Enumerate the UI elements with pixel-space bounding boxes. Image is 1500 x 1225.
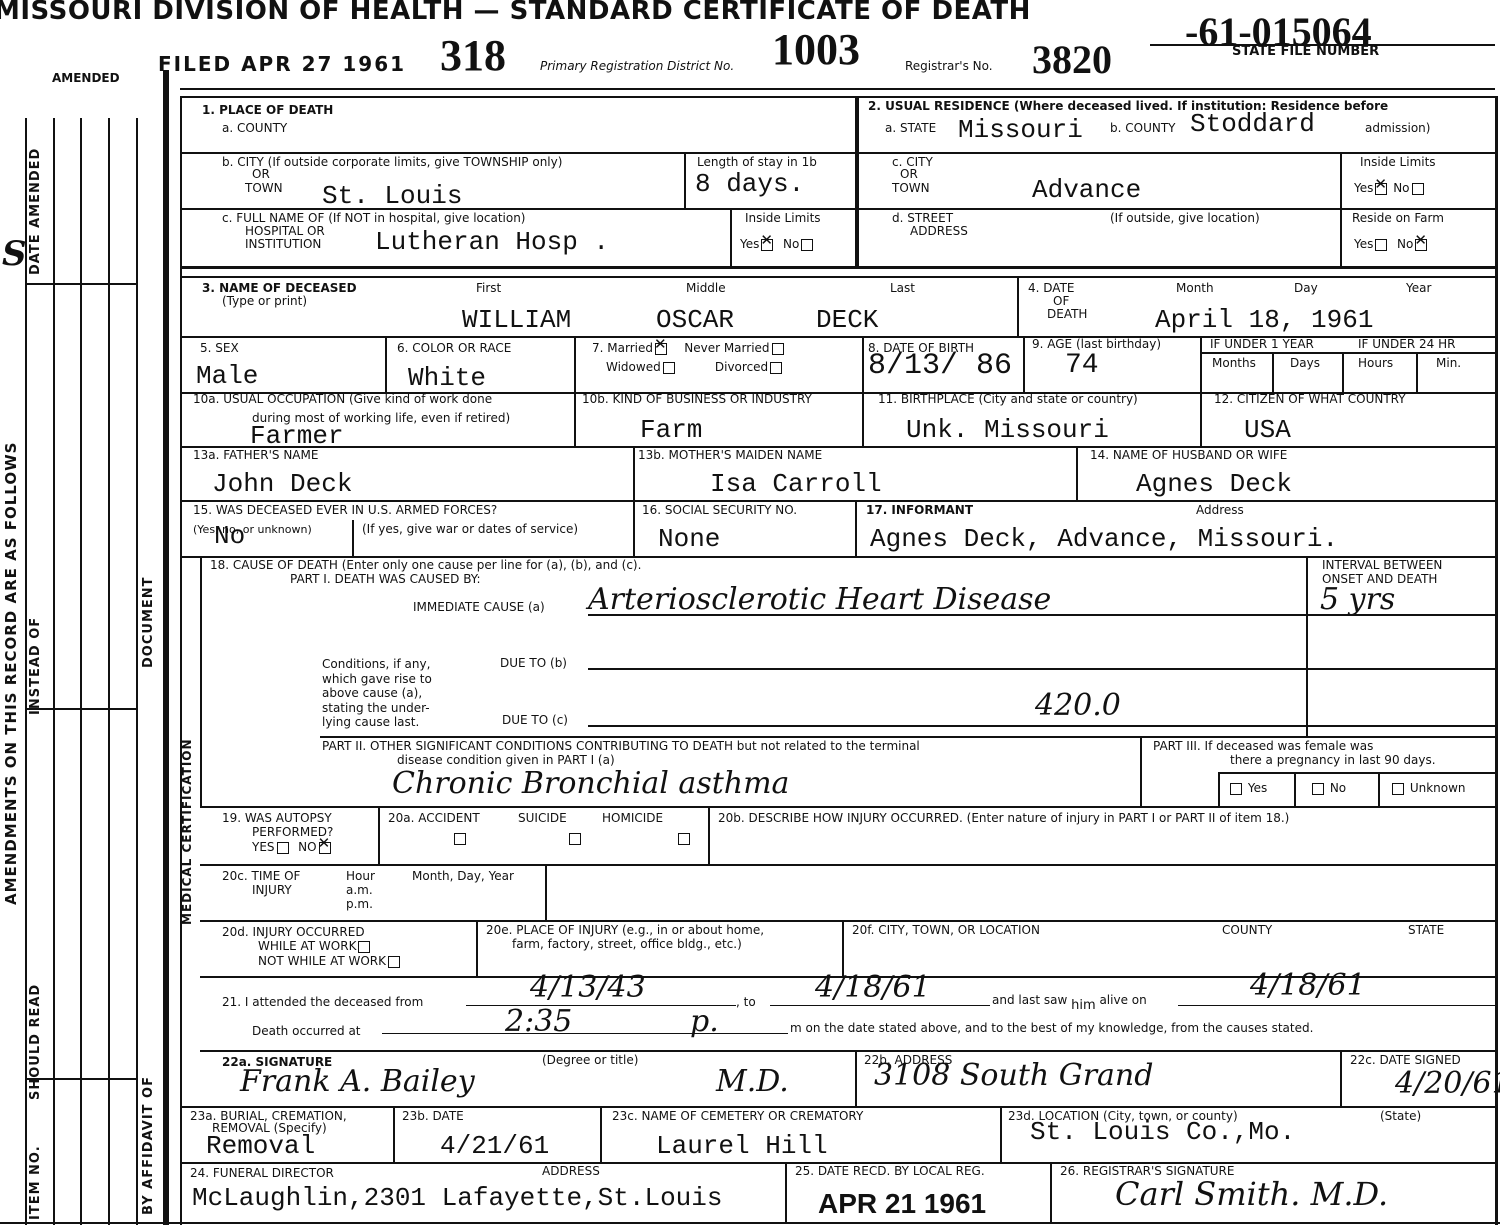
armed-sub2-label: (If yes, give war or dates of service) — [362, 523, 578, 536]
farm-no-checkbox[interactable] — [1415, 239, 1427, 251]
part1-label: PART I. DEATH WAS CAUSED BY: — [290, 573, 481, 586]
while-at-work-checkbox[interactable] — [358, 941, 370, 953]
due-to-b-label: DUE TO (b) — [500, 657, 567, 670]
date-amended-label: DATE AMENDED — [28, 148, 43, 275]
spouse-label: 14. NAME OF HUSBAND OR WIFE — [1090, 449, 1287, 462]
while-at-work: WHILE AT WORK — [258, 940, 372, 953]
pregnancy-unknown: Unknown — [1390, 782, 1466, 795]
res-state-value: Missouri — [958, 116, 1083, 144]
armed-forces-label: 15. WAS DECEASED EVER IN U.S. ARMED FORC… — [193, 504, 497, 517]
autopsy-yes-checkbox[interactable] — [277, 842, 289, 854]
inside-limits-yes-checkbox[interactable] — [761, 239, 773, 251]
place-of-injury-sub: farm, factory, street, office bldg., etc… — [512, 938, 742, 951]
medical-certification-label: MEDICAL CERTIFICATION — [180, 738, 194, 925]
res-inside-limits-label: Inside Limits — [1360, 156, 1436, 169]
farm-checkboxes: Yes No — [1354, 238, 1429, 251]
should-read-label: SHOULD READ — [28, 984, 43, 1100]
by-affidavit-label: BY AFFIDAVIT OF — [141, 1076, 156, 1215]
document-label: DOCUMENT — [141, 576, 156, 668]
attended-from-value: 4/13/43 — [530, 972, 646, 1004]
pm-label: p.m. — [346, 898, 373, 911]
pregnancy-yes-checkbox[interactable] — [1230, 783, 1242, 795]
registrars-no: 3820 — [1032, 36, 1112, 83]
under-24-hr-label: IF UNDER 24 HR — [1358, 338, 1455, 351]
ssn-label: 16. SOCIAL SECURITY NO. — [642, 504, 797, 517]
immediate-cause-label: IMMEDIATE CAUSE (a) — [413, 601, 545, 614]
cemetery-label: 23c. NAME OF CEMETERY OR CREMATORY — [612, 1110, 863, 1123]
race-label: 6. COLOR OR RACE — [397, 342, 511, 355]
place-of-death-label: 1. PLACE OF DEATH — [202, 103, 333, 117]
occupation-value: Farmer — [250, 422, 344, 450]
physician-address-value: 3108 South Grand — [874, 1060, 1153, 1092]
accident-checkbox[interactable] — [454, 833, 466, 845]
marital-status-row2: Widowed Divorced — [606, 361, 784, 374]
marital-status-row1: 7. Married Never Married — [592, 342, 786, 355]
physician-degree: M.D. — [716, 1066, 789, 1098]
homicide-checkbox[interactable] — [678, 833, 690, 845]
dod-death-label: DEATH — [1047, 308, 1087, 321]
res-inside-limits-yes-checkbox[interactable] — [1375, 183, 1387, 195]
am-label: a.m. — [346, 884, 373, 897]
certification-statement: m on the date stated above, and to the b… — [790, 1022, 1313, 1035]
age-value: 74 — [1065, 352, 1099, 380]
armed-forces-value: No — [214, 522, 245, 550]
time-of-injury-label: 20c. TIME OF — [222, 870, 300, 883]
res-state-label: a. STATE — [885, 122, 936, 135]
due-to-c-label: DUE TO (c) — [502, 714, 568, 727]
mother-label: 13b. MOTHER'S MAIDEN NAME — [638, 449, 822, 462]
county-label: a. COUNTY — [222, 122, 287, 135]
last-saw-label: and last saw him alive on — [992, 994, 1147, 1007]
pregnancy-unknown-checkbox[interactable] — [1392, 783, 1404, 795]
primary-district-label: Primary Registration District No. — [540, 60, 734, 73]
funeral-address-label: ADDRESS — [542, 1165, 600, 1178]
admission-label: admission) — [1365, 122, 1430, 135]
farm-label: Reside on Farm — [1352, 212, 1444, 225]
death-time-value: 2:35 — [505, 1006, 572, 1038]
industry-label: 10b. KIND OF BUSINESS OR INDUSTRY — [582, 393, 812, 406]
dod-year-label: Year — [1406, 282, 1431, 295]
accident-label: 20a. ACCIDENT — [388, 812, 480, 825]
filed-stamp: FILED APR 27 1961 — [158, 58, 406, 71]
city-or-label: OR — [252, 168, 270, 181]
middle-name-label: Middle — [686, 282, 726, 295]
attended-to-value: 4/18/61 — [815, 972, 931, 1004]
part3-label: PART III. If deceased was female was — [1153, 740, 1373, 753]
instead-of-label: INSTEAD OF — [28, 617, 43, 715]
hospital-value: Lutheran Hosp . — [375, 228, 609, 256]
last-saw-value: 4/18/61 — [1250, 970, 1366, 1002]
item-no-label: ITEM NO. — [28, 1145, 43, 1220]
funeral-director-value: McLaughlin,2301 Lafayette,St.Louis — [192, 1184, 723, 1212]
res-city-or: OR — [900, 168, 918, 181]
death-ampm-value: p. — [690, 1006, 719, 1038]
date-received-label: 25. DATE RECD. BY LOCAL REG. — [795, 1165, 985, 1178]
amended-label: AMENDED — [52, 72, 120, 85]
physician-signature: Frank A. Bailey — [240, 1066, 475, 1098]
informant-value: Agnes Deck, Advance, Missouri. — [870, 525, 1338, 553]
res-county-label: b. COUNTY — [1110, 122, 1176, 135]
injury-county-label: COUNTY — [1222, 924, 1272, 937]
burial-date-value: 4/21/61 — [440, 1132, 549, 1160]
never-married-checkbox[interactable] — [772, 343, 784, 355]
attended-from-label: 21. I attended the deceased from — [222, 996, 423, 1009]
father-value: John Deck — [212, 470, 352, 498]
conditions-note: Conditions, if any, which gave rise to a… — [322, 657, 432, 730]
inside-limits-checkboxes: Yes No — [740, 238, 815, 251]
industry-value: Farm — [640, 416, 702, 444]
state-file-number-label: STATE FILE NUMBER — [1232, 45, 1379, 58]
injury-state-label: STATE — [1408, 924, 1444, 937]
hour-label: Hour — [346, 870, 375, 883]
autopsy-label: 19. WAS AUTOPSY — [222, 812, 332, 825]
sex-value: Male — [196, 362, 258, 390]
part2-label: PART II. OTHER SIGNIFICANT CONDITIONS CO… — [322, 740, 920, 753]
last-name-value: DECK — [816, 306, 878, 334]
dod-day-label: Day — [1294, 282, 1318, 295]
informant-address-label: Address — [1196, 504, 1244, 517]
middle-name-value: OSCAR — [656, 306, 734, 334]
injury-city-label: 20f. CITY, TOWN, OR LOCATION — [852, 924, 1040, 937]
date-signed-value: 4/20/61 — [1395, 1068, 1500, 1100]
days-label: Days — [1290, 357, 1320, 370]
not-while-at-work: NOT WHILE AT WORK — [258, 955, 402, 968]
cause-of-death-label: 18. CAUSE OF DEATH (Enter only one cause… — [210, 559, 641, 572]
occupation-label: 10a. USUAL OCCUPATION (Give kind of work… — [193, 393, 492, 406]
sex-label: 5. SEX — [200, 342, 239, 355]
widowed-checkbox[interactable] — [663, 362, 675, 374]
citizen-value: USA — [1244, 416, 1291, 444]
birthplace-label: 11. BIRTHPLACE (City and state or countr… — [878, 393, 1138, 406]
date-of-death-value: April 18, 1961 — [1155, 306, 1373, 334]
farm-yes-checkbox[interactable] — [1375, 239, 1387, 251]
ssn-value: None — [658, 525, 720, 553]
primary-district-no: 1003 — [772, 24, 860, 75]
homicide-label: HOMICIDE — [602, 812, 663, 825]
part3-sub-label: there a pregnancy in last 90 days. — [1230, 754, 1436, 767]
to-label: , to — [736, 996, 756, 1009]
street-sub-label: ADDRESS — [910, 225, 968, 238]
res-inside-limits-no-checkbox[interactable] — [1412, 183, 1424, 195]
spouse-value: Agnes Deck — [1136, 470, 1292, 498]
under-1-year-label: IF UNDER 1 YEAR — [1210, 338, 1314, 351]
length-of-stay-value: 8 days. — [695, 170, 804, 198]
res-county-value: Stoddard — [1190, 110, 1315, 138]
registrar-signature: Carl Smith. M.D. — [1115, 1178, 1388, 1210]
pregnancy-no-checkbox[interactable] — [1312, 783, 1324, 795]
type-or-print-label: (Type or print) — [222, 295, 307, 308]
married-checkbox[interactable] — [655, 343, 667, 355]
suicide-label: SUICIDE — [518, 812, 567, 825]
length-of-stay-label: Length of stay in 1b — [697, 156, 817, 169]
min-label: Min. — [1436, 357, 1461, 370]
city-label: b. CITY (If outside corporate limits, gi… — [222, 156, 562, 169]
name-of-deceased-label: 3. NAME OF DECEASED — [202, 281, 357, 295]
injury-at-work-label: 20d. INJURY OCCURRED — [222, 926, 365, 939]
institution-sub-label: INSTITUTION — [245, 238, 321, 251]
date-received-stamp: APR 21 1961 — [818, 1188, 986, 1220]
hours-label: Hours — [1358, 357, 1393, 370]
describe-injury-label: 20b. DESCRIBE HOW INJURY OCCURRED. (Ente… — [718, 812, 1289, 825]
disposition-value: Removal — [206, 1132, 315, 1160]
father-label: 13a. FATHER'S NAME — [193, 449, 318, 462]
registrars-no-label: Registrar's No. — [905, 60, 993, 73]
dob-value: 8/13/ 86 — [868, 352, 1012, 380]
due-to-c-value: 420.0 — [1035, 690, 1121, 722]
death-occurred-label: Death occurred at — [252, 1025, 361, 1038]
first-name-value: WILLIAM — [462, 306, 571, 334]
interval-value: 5 yrs — [1320, 584, 1395, 616]
pregnancy-yes: Yes — [1228, 782, 1267, 795]
race-value: White — [408, 364, 486, 392]
amendment-mark: S — [2, 238, 27, 270]
amendments-title: AMENDMENTS ON THIS RECORD ARE AS FOLLOWS — [2, 442, 20, 905]
suicide-checkbox[interactable] — [569, 833, 581, 845]
first-name-label: First — [476, 282, 501, 295]
res-city-town: TOWN — [892, 182, 930, 195]
degree-label: (Degree or title) — [542, 1054, 638, 1067]
citizen-label: 12. CITIZEN OF WHAT COUNTRY — [1214, 393, 1406, 406]
place-city-value: St. Louis — [322, 182, 462, 210]
interval-label-1: INTERVAL BETWEEN — [1322, 559, 1442, 572]
burial-date-label: 23b. DATE — [402, 1110, 464, 1123]
injury-sub-label: INJURY — [252, 884, 292, 897]
dod-month-label: Month — [1176, 282, 1214, 295]
immediate-cause-value: Arteriosclerotic Heart Disease — [588, 584, 1051, 616]
city-town-label: TOWN — [245, 182, 283, 195]
street-hint: (If outside, give location) — [1110, 212, 1260, 225]
burial-state-label: (State) — [1380, 1110, 1421, 1123]
not-while-at-work-checkbox[interactable] — [388, 956, 400, 968]
autopsy-no-checkbox[interactable] — [319, 842, 331, 854]
last-name-label: Last — [890, 282, 915, 295]
divorced-checkbox[interactable] — [770, 362, 782, 374]
pregnancy-no: No — [1310, 782, 1346, 795]
part2-value: Chronic Bronchial asthma — [392, 768, 789, 800]
informant-label: 17. INFORMANT — [866, 503, 973, 517]
burial-location-value: St. Louis Co.,Mo. — [1030, 1118, 1295, 1146]
registration-district-no: 318 — [440, 30, 506, 81]
inside-limits-label: Inside Limits — [745, 212, 821, 225]
months-label: Months — [1212, 357, 1256, 370]
autopsy-checkboxes: YES NO — [252, 841, 333, 854]
funeral-director-label: 24. FUNERAL DIRECTOR — [190, 1167, 334, 1180]
res-inside-limits-checkboxes: Yes No — [1354, 182, 1426, 195]
certificate-title: MISSOURI DIVISION OF HEALTH — STANDARD C… — [0, 0, 1031, 26]
birthplace-value: Unk. Missouri — [906, 416, 1109, 444]
cemetery-value: Laurel Hill — [656, 1132, 828, 1160]
place-of-injury-label: 20e. PLACE OF INJURY (e.g., in or about … — [486, 924, 764, 937]
res-city-value: Advance — [1032, 176, 1141, 204]
inside-limits-no-checkbox[interactable] — [801, 239, 813, 251]
month-day-year-label: Month, Day, Year — [412, 870, 514, 883]
mother-value: Isa Carroll — [710, 470, 882, 498]
armed-sub1-label: (Yes, no, or unknown) — [193, 523, 312, 536]
